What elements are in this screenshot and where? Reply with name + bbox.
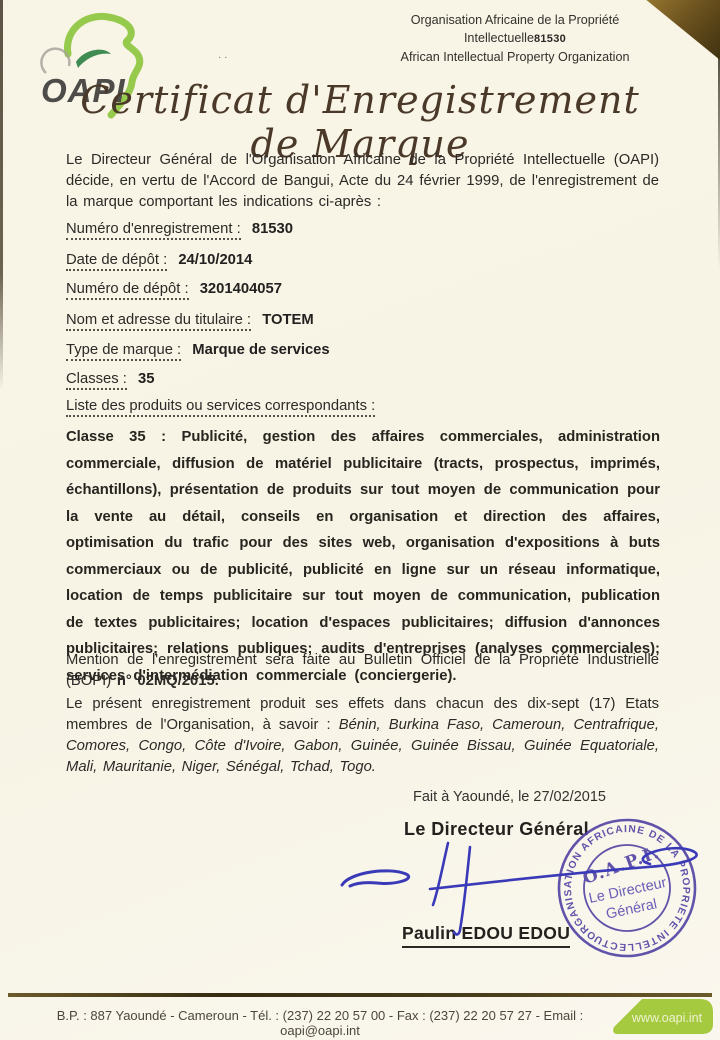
field-filing-number: Numéro de dépôt : 3201404057 (66, 281, 282, 297)
certificate-page: OAPI Organisation Africaine de la Propri… (0, 0, 720, 1040)
place-and-date: Fait à Yaoundé, le 27/02/2015 (413, 789, 606, 805)
field-label: Classes : (66, 371, 127, 390)
scan-speck: · · (218, 52, 227, 63)
field-filing-date: Date de dépôt : 24/10/2014 (66, 252, 252, 268)
field-label: Liste des produits ou services correspon… (66, 398, 375, 417)
field-label: Nom et adresse du titulaire : (66, 312, 251, 331)
intro-paragraph: Le Directeur Général de l'Organisation A… (66, 150, 659, 213)
field-value: 81530 (252, 221, 293, 237)
field-services-list-heading: Liste des produits ou services correspon… (66, 398, 375, 414)
footer-contact: B.P. : 887 Yaoundé - Cameroun - Tél. : (… (20, 1008, 620, 1038)
field-registration-number: Numéro d'enregistrement : 81530 (66, 221, 293, 237)
footer-rule (8, 993, 712, 997)
scan-edge-left (0, 0, 3, 390)
field-value: Marque de services (192, 342, 329, 358)
website-url: www.oapi.int (631, 1011, 703, 1025)
certificate-number-stamp: 81530 (534, 33, 566, 45)
field-label: Type de marque : (66, 342, 181, 361)
field-label: Date de dépôt : (66, 252, 167, 271)
field-label: Numéro de dépôt : (66, 281, 189, 300)
mention-paragraph: Mention de l'enregistrement sera faite a… (66, 650, 659, 692)
field-value: 24/10/2014 (178, 252, 252, 268)
org-name-fr: Organisation Africaine de la Propriété I… (411, 13, 620, 45)
field-label: Numéro d'enregistrement : (66, 221, 241, 240)
bopi-number: n° 02MQ/2015. (117, 673, 219, 689)
effects-paragraph: Le présent enregistrement produit ses ef… (66, 694, 659, 778)
field-value: 35 (138, 371, 154, 387)
field-holder: Nom et adresse du titulaire : TOTEM (66, 312, 314, 328)
field-value: 3201404057 (200, 281, 282, 297)
header-org-names: Organisation Africaine de la Propriété I… (360, 11, 670, 66)
field-classes: Classes : 35 (66, 371, 154, 387)
org-name-en: African Intellectual Property Organizati… (401, 50, 630, 64)
website-ribbon: www.oapi.int (611, 996, 717, 1038)
field-mark-type: Type de marque : Marque de services (66, 342, 330, 358)
field-value: TOTEM (262, 312, 314, 328)
handwritten-signature-icon (330, 833, 720, 943)
